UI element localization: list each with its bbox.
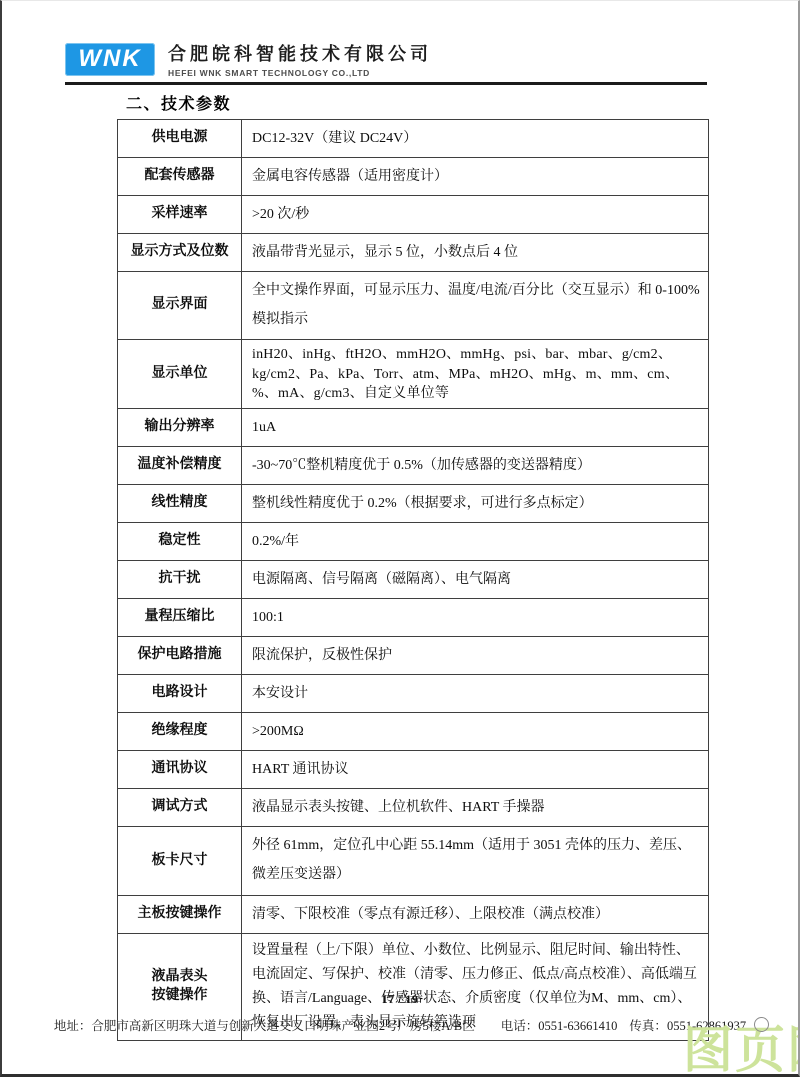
spec-label: 输出分辨率 — [118, 409, 242, 447]
spec-value: >20 次/秒 — [242, 196, 709, 234]
document-page: WNK 合肥皖科智能技术有限公司 HEFEI WNK SMART TECHNOL… — [0, 0, 800, 1077]
spec-value: HART 通讯协议 — [242, 751, 709, 789]
table-row: 显示界面全中文操作界面，可显示压力、温度/电流/百分比（交互显示）和 0-100… — [118, 272, 709, 340]
spec-label: 保护电路措施 — [118, 637, 242, 675]
table-row: 抗干扰电源隔离、信号隔离（磁隔离）、电气隔离 — [118, 561, 709, 599]
header-divider — [65, 82, 707, 85]
company-header: WNK 合肥皖科智能技术有限公司 HEFEI WNK SMART TECHNOL… — [65, 43, 432, 78]
spec-value: 全中文操作界面，可显示压力、温度/电流/百分比（交互显示）和 0-100%模拟指… — [242, 272, 709, 340]
spec-label: 调试方式 — [118, 789, 242, 827]
spec-value: 1uA — [242, 409, 709, 447]
spec-label: 抗干扰 — [118, 561, 242, 599]
footer-phone: 0551-63661410 — [538, 1019, 617, 1033]
wnk-logo: WNK — [65, 43, 155, 76]
company-name-cn: 合肥皖科智能技术有限公司 — [168, 43, 432, 65]
table-row: 采样速率>20 次/秒 — [118, 196, 709, 234]
table-row: 电路设计本安设计 — [118, 675, 709, 713]
page-number: 17 / 19 — [2, 992, 798, 1007]
company-name-en: HEFEI WNK SMART TECHNOLOGY CO.,LTD — [168, 68, 432, 78]
table-row: 显示方式及位数液晶带背光显示，显示 5 位，小数点后 4 位 — [118, 234, 709, 272]
spec-label: 量程压缩比 — [118, 599, 242, 637]
spec-label: 通讯协议 — [118, 751, 242, 789]
spec-value: 外径 61mm，定位孔中心距 55.14mm（适用于 3051 壳体的压力、差压… — [242, 827, 709, 895]
spec-value: inH20、inHg、ftH2O、mmH2O、mmHg、psi、bar、mbar… — [242, 340, 709, 409]
spec-value: 清零、下限校准（零点有源迁移）、上限校准（满点校准） — [242, 895, 709, 933]
spec-label: 温度补偿精度 — [118, 447, 242, 485]
table-row: 显示单位inH20、inHg、ftH2O、mmH2O、mmHg、psi、bar、… — [118, 340, 709, 409]
section-title: 二、技术参数 — [126, 91, 231, 114]
spec-label: 显示单位 — [118, 340, 242, 409]
table-row: 线性精度整机线性精度优于 0.2%（根据要求，可进行多点标定） — [118, 485, 709, 523]
footer-contact-line: 地址：合肥市高新区明珠大道与创新大道交叉口明珠产业园2号厂房5楼A/B区电话：0… — [2, 1016, 798, 1034]
table-row: 稳定性0.2%/年 — [118, 523, 709, 561]
footer-address: 地址：合肥市高新区明珠大道与创新大道交叉口明珠产业园2号厂房5楼A/B区 — [54, 1019, 475, 1033]
spec-value: DC12-32V（建议 DC24V） — [242, 120, 709, 158]
spec-label: 绝缘程度 — [118, 713, 242, 751]
spec-label: 稳定性 — [118, 523, 242, 561]
table-row: 板卡尺寸外径 61mm，定位孔中心距 55.14mm（适用于 3051 壳体的压… — [118, 827, 709, 895]
spec-value: 金属电容传感器（适用密度计） — [242, 158, 709, 196]
spec-label: 线性精度 — [118, 485, 242, 523]
spec-label: 显示方式及位数 — [118, 234, 242, 272]
table-row: 通讯协议HART 通讯协议 — [118, 751, 709, 789]
spec-table-body: 供电电源DC12-32V（建议 DC24V）配套传感器金属电容传感器（适用密度计… — [118, 120, 709, 1041]
table-row: 温度补偿精度-30~70℃整机精度优于 0.5%（加传感器的变送器精度） — [118, 447, 709, 485]
spec-value: 液晶显示表头按键、上位机软件、HART 手操器 — [242, 789, 709, 827]
spec-label: 主板按键操作 — [118, 895, 242, 933]
table-row: 供电电源DC12-32V（建议 DC24V） — [118, 120, 709, 158]
company-names: 合肥皖科智能技术有限公司 HEFEI WNK SMART TECHNOLOGY … — [168, 43, 432, 78]
spec-value: 0.2%/年 — [242, 523, 709, 561]
footer-phone-label: 电话： — [501, 1019, 539, 1033]
table-row: 量程压缩比100:1 — [118, 599, 709, 637]
spec-value: 整机线性精度优于 0.2%（根据要求，可进行多点标定） — [242, 485, 709, 523]
table-row: 配套传感器金属电容传感器（适用密度计） — [118, 158, 709, 196]
spec-label: 配套传感器 — [118, 158, 242, 196]
spec-label: 采样速率 — [118, 196, 242, 234]
spec-value: >200MΩ — [242, 713, 709, 751]
spec-label: 板卡尺寸 — [118, 827, 242, 895]
spec-value: 电源隔离、信号隔离（磁隔离）、电气隔离 — [242, 561, 709, 599]
table-row: 绝缘程度>200MΩ — [118, 713, 709, 751]
watermark-text: 图页网 — [683, 1010, 800, 1077]
spec-label: 供电电源 — [118, 120, 242, 158]
spec-value: -30~70℃整机精度优于 0.5%（加传感器的变送器精度） — [242, 447, 709, 485]
table-row: 保护电路措施限流保护，反极性保护 — [118, 637, 709, 675]
spec-value: 限流保护，反极性保护 — [242, 637, 709, 675]
table-row: 调试方式液晶显示表头按键、上位机软件、HART 手操器 — [118, 789, 709, 827]
watermark-circle-mark — [754, 1017, 769, 1032]
spec-value: 100:1 — [242, 599, 709, 637]
footer-fax-label: 传真： — [629, 1019, 667, 1033]
table-row: 主板按键操作清零、下限校准（零点有源迁移）、上限校准（满点校准） — [118, 895, 709, 933]
spec-label: 电路设计 — [118, 675, 242, 713]
table-row: 输出分辨率1uA — [118, 409, 709, 447]
spec-value: 本安设计 — [242, 675, 709, 713]
spec-table: 供电电源DC12-32V（建议 DC24V）配套传感器金属电容传感器（适用密度计… — [117, 119, 709, 1041]
spec-value: 液晶带背光显示，显示 5 位，小数点后 4 位 — [242, 234, 709, 272]
spec-label: 显示界面 — [118, 272, 242, 340]
